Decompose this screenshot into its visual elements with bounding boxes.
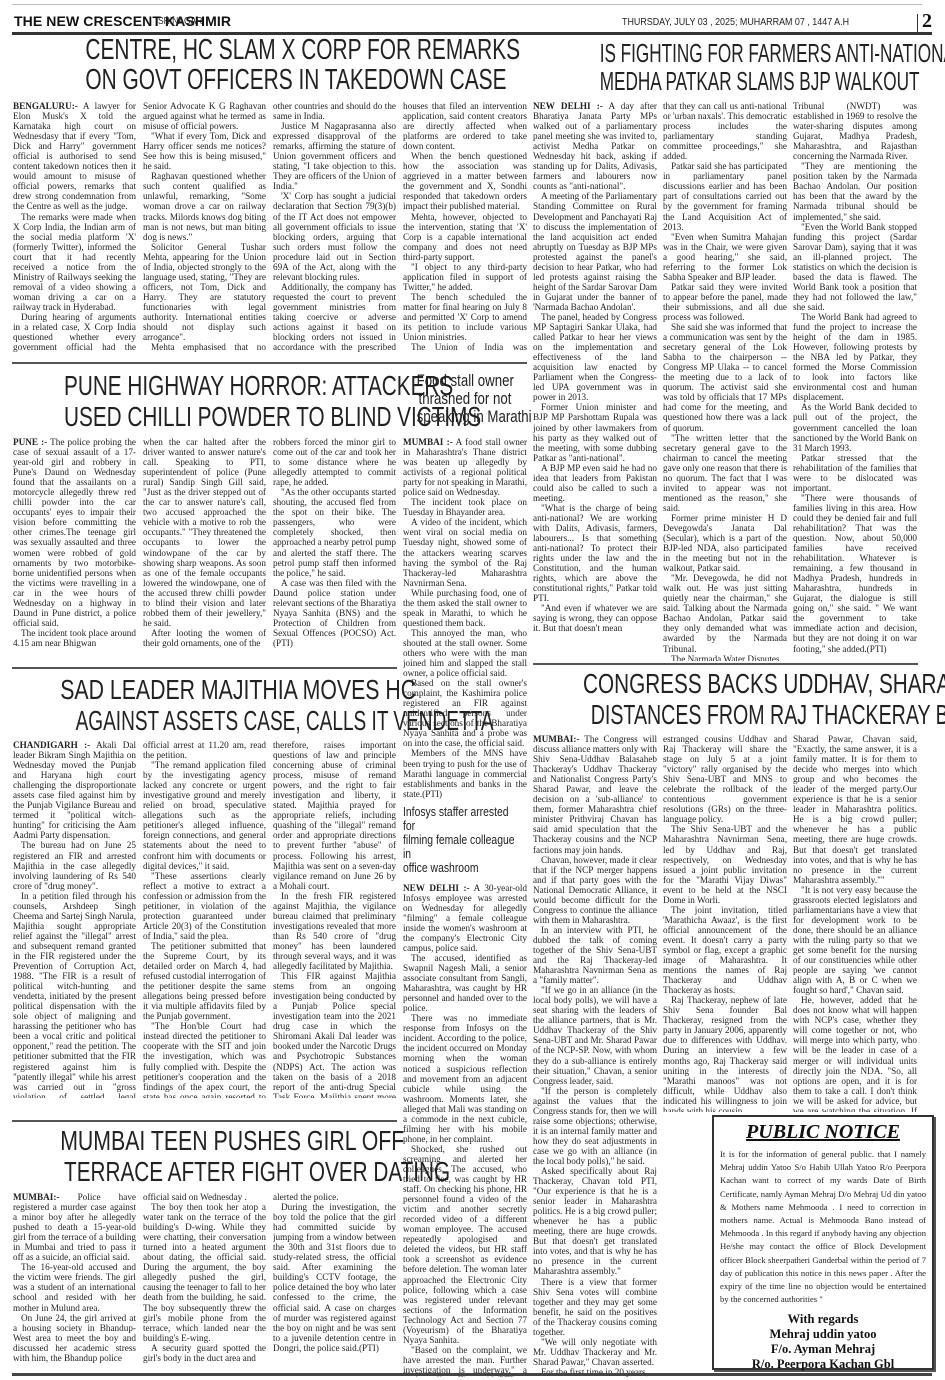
headline-line-1: IS FIGHTING FOR FARMERS ANTI-NATIONAL? <box>600 40 871 66</box>
article-column: that they can call us anti-national or '… <box>663 101 787 661</box>
article-column: estranged cousins Uddhav and Raj Thacker… <box>663 734 787 1112</box>
headline-line-1: Food stall owner <box>417 372 514 389</box>
article-column: alerted the police. During the investiga… <box>273 1192 396 1372</box>
section-divider <box>12 362 527 364</box>
dateline: MUMBAI :- <box>403 437 453 447</box>
article-column: official arrest at 11.20 am, read the pe… <box>143 740 266 1098</box>
page-number: 2 <box>922 10 932 33</box>
headline-line-1: CENTRE, HC SLAM X CORP FOR REMARKS <box>85 36 452 65</box>
dateline: MUMBAI:- <box>13 1192 59 1202</box>
article-column: NEW DELHI :- A day after Bharatiya Janat… <box>533 101 657 661</box>
issue-date: THURSDAY, JULY 03 , 2025; MUHARRAM 07 , … <box>622 16 849 28</box>
article-column: MUMBAI:- Police have registered a murder… <box>13 1192 136 1372</box>
notice-signature: With regards Mehraj uddin yatoo F/o. Aym… <box>720 1312 926 1372</box>
article-column: BENGALURU:- A lawyer for Elon Musk's X t… <box>13 101 136 353</box>
article-column: MUMBAI :- A food stall owner in Maharash… <box>403 437 527 1377</box>
headline-line-1: SAD LEADER MAJITHIA MOVES HC <box>60 676 353 704</box>
headline-line-2: AGAINST ASSETS CASE, CALLS IT VENDETTA <box>76 707 338 735</box>
notice-title: PUBLIC NOTICE <box>720 1121 926 1144</box>
dateline: PUNE :- <box>13 437 47 447</box>
bottom-rule <box>12 1373 932 1376</box>
article-column: Tribunal (NWDT) was established in 1969 … <box>793 101 917 661</box>
article-column: PUNE :- The police probing the case of s… <box>13 437 136 662</box>
article-column: Senior Advocate K G Raghavan argued agai… <box>143 101 266 353</box>
headline-line-2: MEDHA PATKAR SLAMS BJP WALKOUT <box>600 68 871 94</box>
article-column: Sharad Pawar, Chavan said, "Exactly, the… <box>793 734 917 1112</box>
page-number-divider <box>917 14 918 32</box>
edition-city: SRINAGAR <box>158 16 202 27</box>
headline-line-1: MUMBAI TEEN PUSHES GIRL OFF <box>60 1127 353 1155</box>
headline-line-2: ON GOVT OFFICERS IN TAKEDOWN CASE <box>85 66 452 95</box>
headline-line-1: PUNE HIGHWAY HORROR: ATTACKERS <box>64 372 349 400</box>
article-column: houses that filed an intervention applic… <box>403 101 527 353</box>
dateline: CHANDIGARH :- <box>13 740 90 750</box>
article-column: MUMBAI:- The Congress will discuss allia… <box>533 734 657 1377</box>
article-column: official said on Wednesday . The boy the… <box>143 1192 266 1372</box>
dateline: BENGALURU:- <box>13 101 78 111</box>
dateline: MUMBAI:- <box>533 734 579 744</box>
section-divider <box>533 663 918 665</box>
article-column: robbers forced the minor girl to come ou… <box>273 437 396 662</box>
article-column: therefore, raises important questions of… <box>273 740 396 1098</box>
headline-line-2: DISTANCES FROM RAJ THACKERAY BUZZ <box>591 701 861 729</box>
headline-line-1: CONGRESS BACKS UDDHAV, SHARAD; <box>583 670 868 698</box>
article-column: when the car halted after the driver wan… <box>143 437 266 662</box>
headline-line-2: USED CHILLI POWDER TO BLIND VICTIMS <box>64 403 349 431</box>
dateline: NEW DELHI :- <box>533 101 603 111</box>
headline-infosys: Infosys staffer arrested for filming fem… <box>403 805 523 875</box>
headline-line-2: TERRACE AFTER FIGHT OVER DATING <box>64 1158 349 1186</box>
top-rule <box>12 4 922 5</box>
headline-line-2: thrashed for not <box>417 390 514 407</box>
notice-body: It is for the information of general pub… <box>720 1148 926 1306</box>
headline-line-3: speaking in Marathi <box>417 408 514 425</box>
dateline: NEW DELHI :- <box>403 883 470 893</box>
article-column: other countries and should do the same i… <box>273 101 396 353</box>
section-divider <box>12 667 397 669</box>
article-infosys: Infosys staffer arrested for filming fem… <box>403 805 527 875</box>
section-divider <box>12 1120 397 1122</box>
masthead: THE NEW CRESCENT KASHMIR SRINAGAR THURSD… <box>12 8 932 30</box>
public-notice-box: PUBLIC NOTICE It is for the information … <box>712 1115 934 1370</box>
article-column: CHANDIGARH :- Akali Dal leader Bikram Si… <box>13 740 136 1098</box>
